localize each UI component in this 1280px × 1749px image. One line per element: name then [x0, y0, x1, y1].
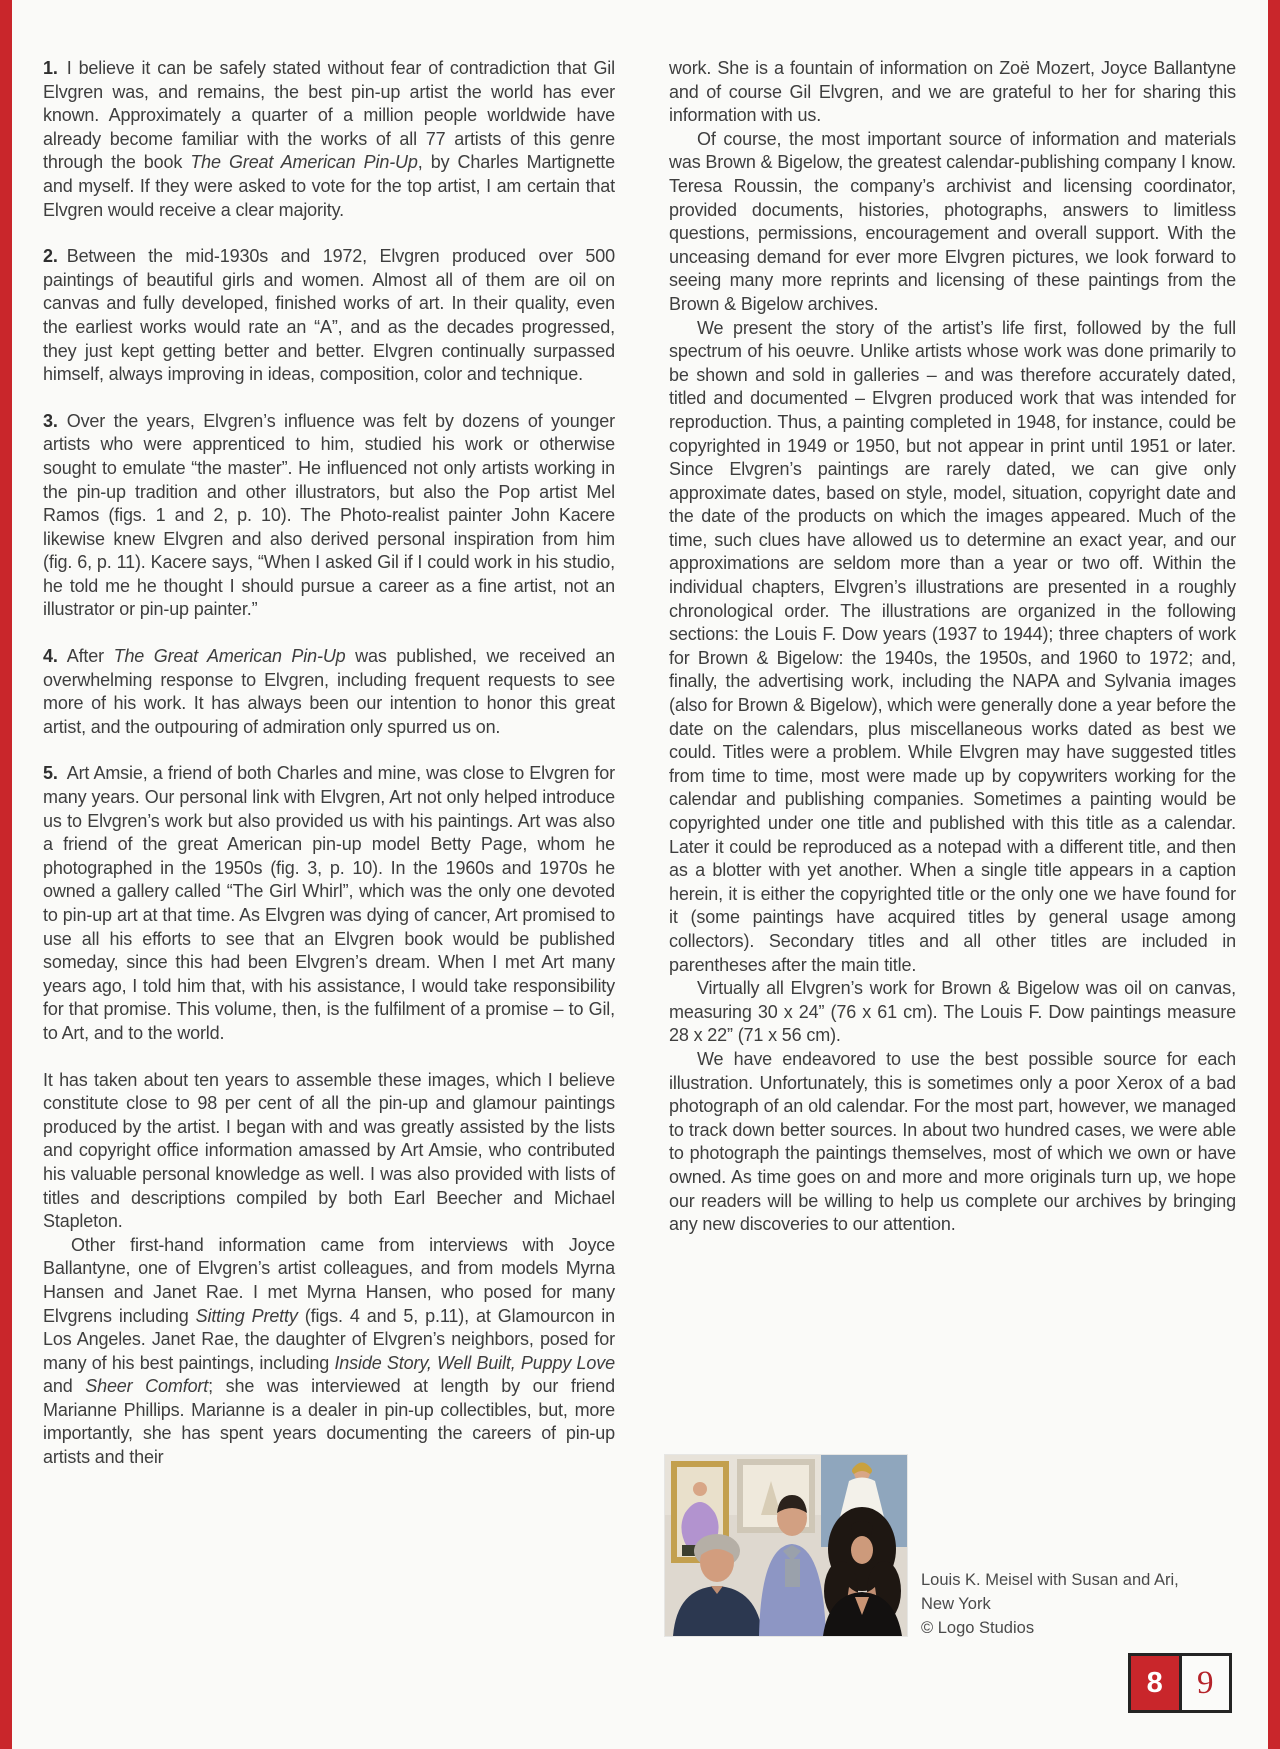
body-text: We have endeavored to use the best possi… — [669, 1049, 1236, 1234]
photo-caption: Louis K. Meisel with Susan and Ari, New … — [921, 1568, 1221, 1640]
paragraph: 2.Between the mid-1930s and 1972, Elvgre… — [43, 245, 615, 387]
paragraph: We present the story of the artist’s lif… — [669, 317, 1236, 978]
right-column: work. She is a fountain of information o… — [669, 57, 1236, 1237]
left-column: 1.I believe it can be safely stated with… — [43, 57, 615, 1470]
paragraph-number: 3. — [43, 411, 67, 431]
family-photo — [665, 1455, 907, 1636]
paragraph: 4.After The Great American Pin-Up was pu… — [43, 645, 615, 739]
italic-title-text: Sheer Comfort — [85, 1376, 208, 1396]
body-text: Virtually all Elvgren’s work for Brown &… — [669, 978, 1236, 1045]
body-text: Over the years, Elvgren’s influence was … — [43, 411, 615, 620]
page-edge-red-left — [0, 0, 12, 1749]
page-number-right: 9 — [1179, 1656, 1230, 1710]
body-text: work. She is a fountain of information o… — [669, 58, 1236, 125]
paragraph-number: 2. — [43, 246, 67, 266]
paragraph: Other first-hand information came from i… — [43, 1234, 615, 1470]
photo-caption-line-1: Louis K. Meisel with Susan and Ari, — [921, 1568, 1221, 1592]
body-text: Between the mid-1930s and 1972, Elvgren … — [43, 246, 615, 384]
italic-title-text: Sitting Pretty — [196, 1306, 298, 1326]
body-text: Art Amsie, a friend of both Charles and … — [43, 763, 615, 1043]
body-text: It has taken about ten years to assemble… — [43, 1070, 615, 1232]
paragraph: 1.I believe it can be safely stated with… — [43, 57, 615, 222]
paragraph: 3.Over the years, Elvgren’s influence wa… — [43, 410, 615, 622]
paragraph: work. She is a fountain of information o… — [669, 57, 1236, 128]
page-number-block: 8 9 — [1128, 1653, 1232, 1713]
paragraph-number: 5. — [43, 763, 67, 783]
page-edge-red-right — [1268, 0, 1280, 1749]
paragraph: Of course, the most important source of … — [669, 128, 1236, 317]
body-text: After — [67, 646, 114, 666]
italic-title-text: Inside Story, Well Built, Puppy Love — [334, 1353, 615, 1373]
body-text: and — [43, 1376, 85, 1396]
woman-figure — [823, 1507, 902, 1636]
book-page: 1.I believe it can be safely stated with… — [0, 0, 1280, 1749]
paragraph: Virtually all Elvgren’s work for Brown &… — [669, 977, 1236, 1048]
page-number-left: 8 — [1131, 1656, 1179, 1710]
paragraph: We have endeavored to use the best possi… — [669, 1048, 1236, 1237]
italic-title-text: The Great American Pin-Up — [190, 152, 417, 172]
photo-caption-line-2: New York — [921, 1592, 1221, 1616]
paragraph: 5.Art Amsie, a friend of both Charles an… — [43, 762, 615, 1045]
body-text: Of course, the most important source of … — [669, 129, 1236, 314]
body-text: We present the story of the artist’s lif… — [669, 318, 1236, 975]
italic-title-text: The Great American Pin-Up — [114, 646, 346, 666]
paragraph-number: 1. — [43, 58, 67, 78]
photo-caption-line-3: © Logo Studios — [921, 1616, 1221, 1640]
paragraph-number: 4. — [43, 646, 67, 666]
paragraph: It has taken about ten years to assemble… — [43, 1069, 615, 1234]
